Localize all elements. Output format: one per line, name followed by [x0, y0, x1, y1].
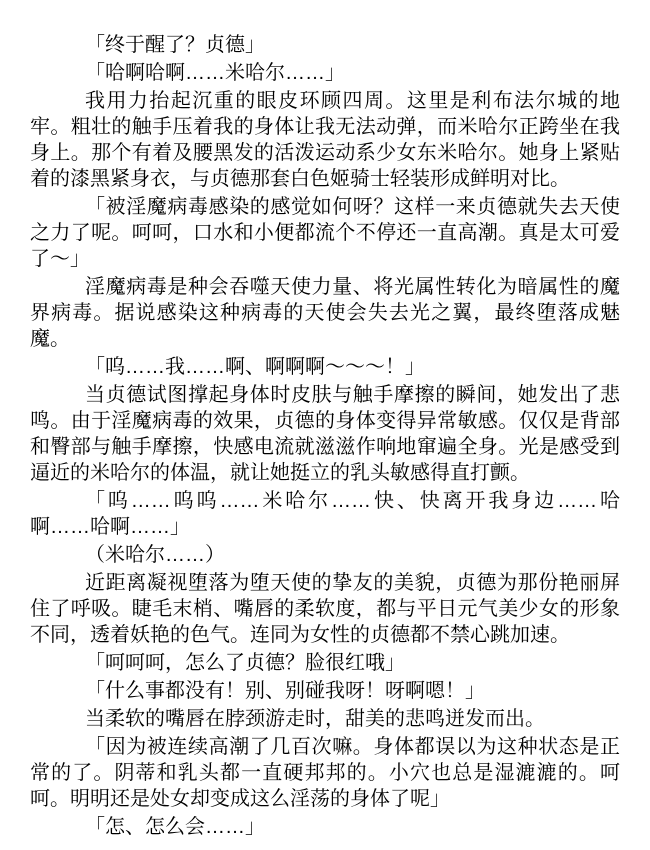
- paragraph-dialogue-4: 「呜……我……啊、啊啊啊～～～！」: [30, 354, 620, 380]
- paragraph-narration-3: 当贞德试图撑起身体时皮肤与触手摩擦的瞬间，她发出了悲鸣。由于淫魔病毒的效果，贞德…: [30, 382, 620, 486]
- paragraph-dialogue-2: 「哈啊哈啊……米哈尔……」: [30, 60, 620, 86]
- paragraph-dialogue-8: 「因为被连续高潮了几百次嘛。身体都误以为这种状态是正常的了。阴蒂和乳头都一直硬邦…: [30, 734, 620, 812]
- paragraph-narration-1: 我用力抬起沉重的眼皮环顾四周。这里是利布法尔城的地牢。粗壮的触手压着我的身体让我…: [30, 88, 620, 192]
- paragraph-dialogue-5: 「呜……呜呜……米哈尔……快、快离开我身边……哈啊……哈啊……」: [30, 488, 620, 540]
- document-page: 「终于醒了？贞德」 「哈啊哈啊……米哈尔……」 我用力抬起沉重的眼皮环顾四周。这…: [0, 0, 650, 850]
- paragraph-narration-4: 近距离凝视堕落为堕天使的挚友的美貌，贞德为那份艳丽屏住了呼吸。睫毛末梢、嘴唇的柔…: [30, 570, 620, 648]
- paragraph-dialogue-1: 「终于醒了？贞德」: [30, 32, 620, 58]
- paragraph-dialogue-3: 「被淫魔病毒感染的感觉如何呀？这样一来贞德就失去天使之力了呢。呵呵，口水和小便都…: [30, 194, 620, 272]
- paragraph-dialogue-9: 「怎、怎么会……」: [30, 814, 620, 840]
- text-content: 「终于醒了？贞德」 「哈啊哈啊……米哈尔……」 我用力抬起沉重的眼皮环顾四周。这…: [0, 0, 650, 840]
- paragraph-narration-5: 当柔软的嘴唇在脖颈游走时，甜美的悲鸣迸发而出。: [30, 706, 620, 732]
- paragraph-thought-1: （米哈尔……）: [30, 542, 620, 568]
- paragraph-dialogue-6: 「呵呵呵，怎么了贞德？脸很红哦」: [30, 650, 620, 676]
- paragraph-dialogue-7: 「什么事都没有！别、别碰我呀！呀啊嗯！」: [30, 678, 620, 704]
- paragraph-narration-2: 淫魔病毒是种会吞噬天使力量、将光属性转化为暗属性的魔界病毒。据说感染这种病毒的天…: [30, 274, 620, 352]
